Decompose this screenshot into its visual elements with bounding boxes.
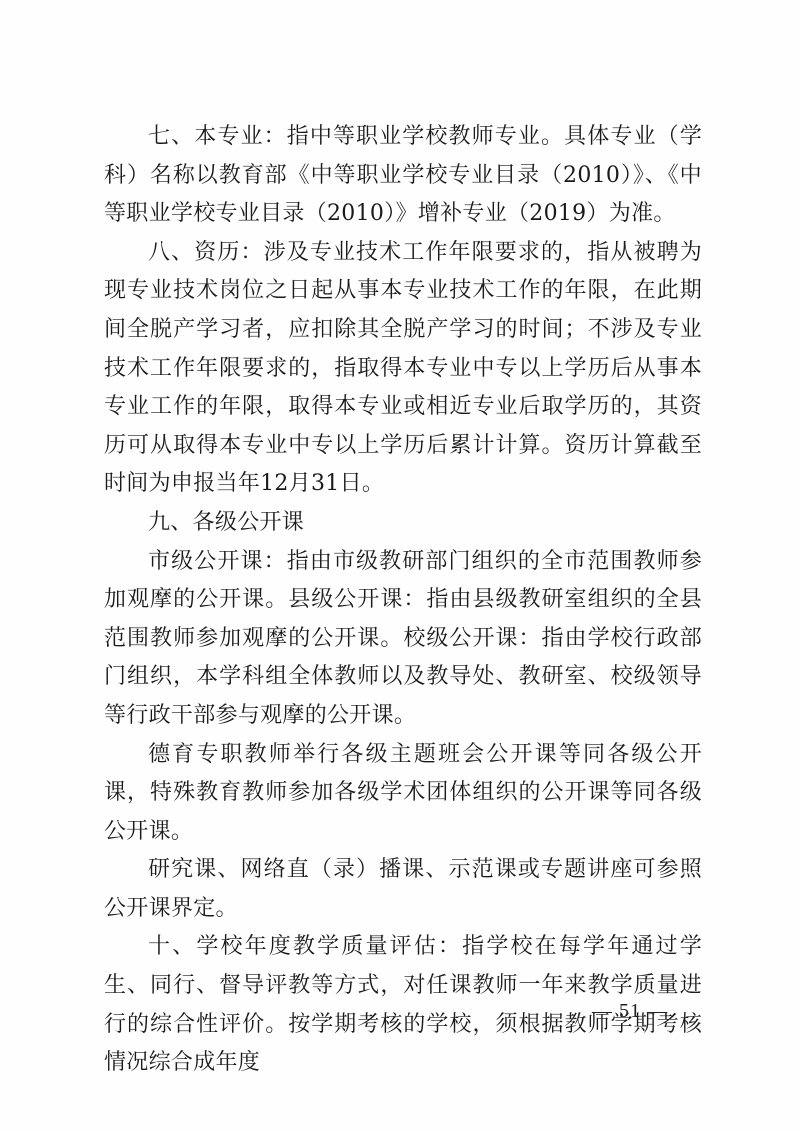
paragraph-moral-education-open-class: 德育专职教师举行各级主题班会公开课等同各级公开课，特殊教育教师参加各级学术团体组…: [104, 736, 702, 852]
paragraph-open-class-levels: 市级公开课：指由市级教研部门组织的全市范围教师参加观摩的公开课。县级公开课：指由…: [104, 543, 702, 736]
paragraph-major-definition: 七、本专业：指中等职业学校教师专业。具体专业（学科）名称以教育部《中等职业学校专…: [104, 118, 702, 234]
document-page: 七、本专业：指中等职业学校教师专业。具体专业（学科）名称以教育部《中等职业学校专…: [0, 0, 800, 1131]
section-heading-open-classes: 九、各级公开课: [104, 504, 702, 543]
paragraph-research-class: 研究课、网络直（录）播课、示范课或专题讲座可参照公开课界定。: [104, 851, 702, 928]
paragraph-seniority-definition: 八、资历：涉及专业技术工作年限要求的，指从被聘为现专业技术岗位之日起从事本专业技…: [104, 234, 702, 504]
page-number: — 51 —: [592, 1000, 668, 1023]
document-body: 七、本专业：指中等职业学校教师专业。具体专业（学科）名称以教育部《中等职业学校专…: [104, 118, 702, 1083]
